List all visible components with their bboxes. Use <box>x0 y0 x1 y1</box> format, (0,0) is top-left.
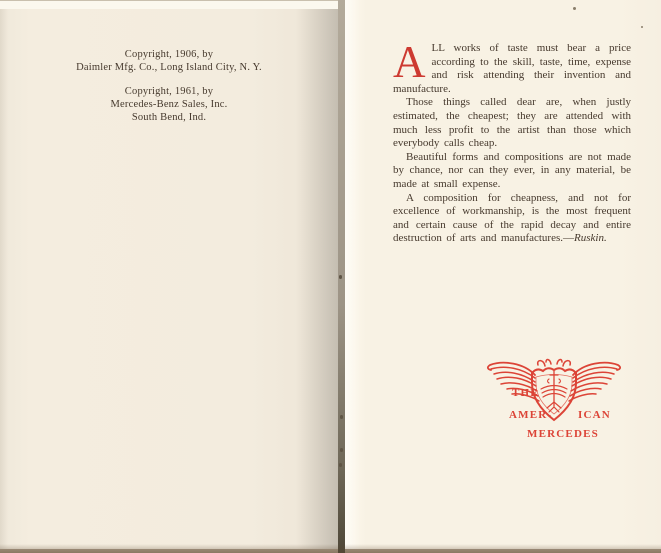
left-page: Copyright, 1906, by Daimler Mfg. Co., Lo… <box>0 9 338 549</box>
gutter-highlight <box>345 0 361 549</box>
book-spread-scan: Copyright, 1906, by Daimler Mfg. Co., Lo… <box>0 0 661 553</box>
quote-paragraph-3: Beautiful forms and compositions are not… <box>393 151 631 192</box>
ruskin-quote: ALL works of taste must bear a price acc… <box>393 42 631 246</box>
copyright-1906: Copyright, 1906, by Daimler Mfg. Co., Lo… <box>50 48 288 74</box>
quote-paragraph-1: ALL works of taste must bear a price acc… <box>393 42 631 96</box>
emblem-word-ican: ICAN <box>578 409 611 421</box>
binding-stitch <box>340 415 343 419</box>
emblem-word-mercedes: MERCEDES <box>527 428 599 440</box>
gutter-shadow <box>296 9 338 549</box>
quote-attribution: Ruskin. <box>574 232 607 244</box>
copyright-block: Copyright, 1906, by Daimler Mfg. Co., Lo… <box>50 48 288 135</box>
left-page-edge-shade <box>0 9 8 549</box>
copyright-1961-line1: Copyright, 1961, by <box>50 85 288 98</box>
copyright-1961-line3: South Bend, Ind. <box>50 111 288 124</box>
bottom-page-shadow <box>0 544 661 553</box>
copyright-1906-line1: Copyright, 1906, by <box>50 48 288 61</box>
copyright-1906-line2: Daimler Mfg. Co., Long Island City, N. Y… <box>50 61 288 74</box>
binding-stitch <box>340 448 343 452</box>
american-mercedes-emblem: THE AMER- ICAN MERCEDES <box>483 356 628 452</box>
dropcap-letter: A <box>393 42 432 80</box>
emblem-word-amer: AMER- <box>509 409 552 421</box>
copyright-1961: Copyright, 1961, by Mercedes-Benz Sales,… <box>50 85 288 124</box>
copyright-1961-line2: Mercedes-Benz Sales, Inc. <box>50 98 288 111</box>
quote-paragraph-4: A composition for cheapness, and not for… <box>393 192 631 246</box>
binding-stitch <box>339 275 342 279</box>
paper-speck <box>641 26 643 28</box>
emblem-word-the: THE <box>512 387 539 399</box>
binding-stitch <box>339 463 342 467</box>
paper-speck <box>573 7 576 10</box>
quote-paragraph-2: Those things called dear are, when justl… <box>393 96 631 150</box>
right-page: ALL works of taste must bear a price acc… <box>345 0 661 549</box>
